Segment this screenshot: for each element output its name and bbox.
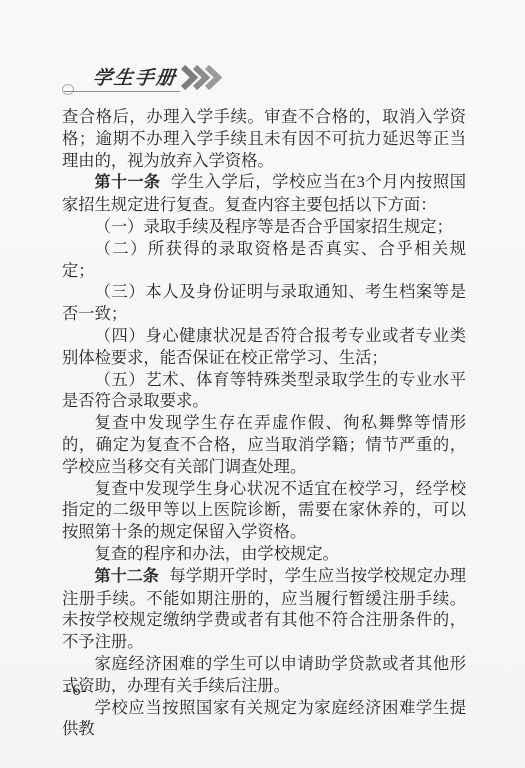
triple-chevron-right-icon [179, 64, 223, 91]
paragraph: 学校应当按照国家有关规定为家庭经济困难学生提供教 [62, 697, 466, 741]
paragraph: 家庭经济困难的学生可以申请助学贷款或者其他形式资助，办理有关手续后注册。 [62, 653, 466, 697]
paragraph: （五）艺术、体育等特殊类型录取学生的专业水平是否符合录取要求。 [62, 369, 466, 413]
paragraph: 复查中发现学生身心状况不适宜在校学习，经学校指定的二级甲等以上医院诊断，需要在家… [62, 478, 466, 543]
body-text: 查合格后，办理入学手续。审查不合格的，取消入学资格；逾期不办理入学手续且未有因不… [62, 106, 466, 740]
document-page: 学生手册 查合格后，办理入学手续。审查不合格的，取消入学资格；逾期不办理入学手续… [0, 0, 525, 768]
paragraph: 第十一条学生入学后，学校应当在3个月内按照国家招生规定进行复查。复查内容主要包括… [62, 171, 466, 216]
handbook-title: 学生手册 [92, 63, 179, 90]
article-number: 第十二条 [95, 568, 159, 585]
paragraph: 复查的程序和办法，由学校规定。 [62, 543, 466, 565]
page-number: -6- [66, 682, 88, 700]
article-number: 第十一条 [95, 174, 161, 191]
paragraph: 复查中发现学生存在弄虚作假、徇私舞弊等情形的，确定为复查不合格，应当取消学籍；情… [62, 412, 466, 477]
paragraph: 查合格后，办理入学手续。审查不合格的，取消入学资格；逾期不办理入学手续且未有因不… [62, 106, 466, 171]
paragraph: （一）录取手续及程序等是否合乎国家招生规定； [62, 216, 466, 238]
paragraph: （二）所获得的录取资格是否真实、合乎相关规定； [62, 238, 466, 282]
circle-decoration [62, 84, 74, 95]
header-underline [64, 91, 180, 92]
paragraph: （三）本人及身份证明与录取通知、考生档案等是否一致； [62, 281, 466, 325]
paragraph: 第十二条每学期开学时，学生应当按学校规定办理注册手续。不能如期注册的，应当履行暂… [62, 565, 466, 653]
paragraph: （四）身心健康状况是否符合报考专业或者专业类别体检要求，能否保证在校正常学习、生… [62, 325, 466, 369]
page-header: 学生手册 [0, 0, 525, 106]
